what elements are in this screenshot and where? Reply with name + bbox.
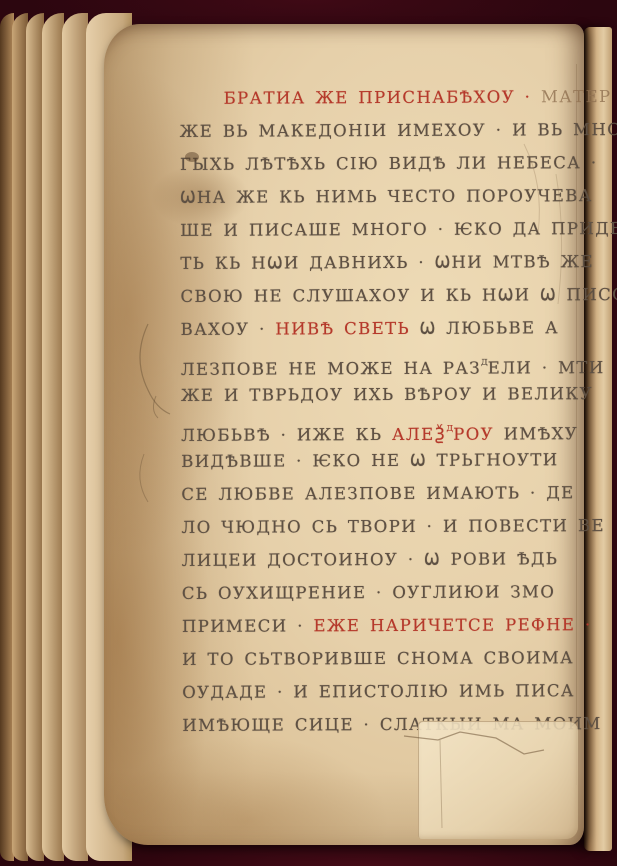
manuscript-line: ЛО ЧЮДНО СЬ ТВОРИ · И ПОВЕСТИ ВЕ xyxy=(181,509,587,544)
manuscript-line: ВАХОУ · НИВѢ СВЕТЬ Ѡ ЛЮБЬВЕ А xyxy=(181,311,587,346)
text-segment-ink: Ѡ ЛЮБЬВЕ А xyxy=(410,318,559,338)
text-segment-ink: ЛО ЧЮДНО СЬ ТВОРИ · И ПОВЕСТИ ВЕ xyxy=(181,516,604,537)
manuscript-line: И ТО СЬТВОРИВШЕ СНОМА СВОИМА xyxy=(182,641,588,676)
text-segment-ink: ГЫХЬ ЛѢТѢХЬ СІЮ ВИДѢ ЛИ НЕБЕСА · xyxy=(180,153,598,174)
text-segment-sup: д xyxy=(481,355,488,368)
manuscript-line: ШЕ И ПИСАШЕ МНОГО · ѤКО ДА ПРИДЕ xyxy=(180,212,586,247)
text-segment-ink: ИМѢХУ xyxy=(494,424,578,443)
manuscript-photo: БРАТИА ЖЕ ПРИСНАБѢХОУ · МАТЕРЖЕ ВЬ МАКЕД… xyxy=(0,0,617,866)
manuscript-text: БРАТИА ЖЕ ПРИСНАБѢХОУ · МАТЕРЖЕ ВЬ МАКЕД… xyxy=(180,80,589,742)
text-segment-ink: ЖЕ ВЬ МАКЕДОНІИ ИМЕХОУ · И ВЬ МНО xyxy=(180,120,617,141)
text-segment-ink: ОУДАДЕ · И ЕПИСТОЛІЮ ИМЬ ПИСА xyxy=(182,681,575,702)
manuscript-line: ЛЕЗПОВЕ НЕ МОЖЕ НА РАЗдЕЛИ · МТИ xyxy=(181,344,587,379)
manuscript-line: СВОЮ НЕ СЛУШАХОУ И КЬ НѠИ Ѡ ПИСО xyxy=(180,278,586,313)
text-segment-ink: ВАХОУ · xyxy=(181,319,276,338)
manuscript-page: БРАТИА ЖЕ ПРИСНАБѢХОУ · МАТЕРЖЕ ВЬ МАКЕД… xyxy=(104,24,584,845)
text-segment-ink: ЛЕЗПОВЕ НЕ МОЖЕ НА РАЗ xyxy=(181,359,481,379)
text-segment-ink: ПРИМЕСИ · xyxy=(182,616,314,636)
leaf-edge-stripe xyxy=(42,13,64,861)
manuscript-line: ОУДАДЕ · И ЕПИСТОЛІЮ ИМЬ ПИСА xyxy=(182,674,588,709)
text-segment-ink: ЛИЦЕИ ДОСТОИНОУ · Ѡ РОВИ ѢДЬ xyxy=(182,549,559,570)
text-segment-ink: ѠНА ЖЕ КЬ НИМЬ ЧЕСТО ПОРОУЧЕВА xyxy=(180,186,593,207)
text-segment-rubric: НИВѢ СВЕТЬ xyxy=(275,319,410,339)
text-segment-ink: ВИДѢВШЕ · ѤКО НЕ Ѡ ТРЬГНОУТИ xyxy=(181,450,558,471)
text-segment-ink: ЛЮБЬВѢ · ИЖЕ КЬ xyxy=(181,425,392,445)
manuscript-line: ЖЕ ВЬ МАКЕДОНІИ ИМЕХОУ · И ВЬ МНО xyxy=(180,113,586,148)
manuscript-line: ЖЕ И ТВРЬДОУ ИХЬ ВѢРОУ И ВЕЛИКУ xyxy=(181,377,587,412)
manuscript-line: ТЬ КЬ НѠИ ДАВНИХЬ · ѠНИ МТВѢ ЖЕ xyxy=(180,245,586,280)
text-segment-faint: МАТЕР xyxy=(531,87,611,106)
manuscript-line: БРАТИА ЖЕ ПРИСНАБѢХОУ · МАТЕР xyxy=(180,80,586,115)
text-segment-ink: ТЬ КЬ НѠИ ДАВНИХЬ · ѠНИ МТВѢ ЖЕ xyxy=(180,252,594,273)
manuscript-line: СЬ ОУХИЩРЕНИЕ · ОУГЛИЮИ ЗМО xyxy=(182,575,588,610)
text-segment-rubric: БРАТИА ЖЕ ПРИСНАБѢХОУ · xyxy=(224,87,532,107)
leaf-edge-stripe xyxy=(62,13,88,861)
text-segment-ink: СЕ ЛЮБВЕ АЛЕЗПОВЕ ИМАЮТЬ · ДЕ xyxy=(181,483,574,504)
manuscript-line: ЛИЦЕИ ДОСТОИНОУ · Ѡ РОВИ ѢДЬ xyxy=(182,542,588,577)
manuscript-line: ЛЮБЬВѢ · ИЖЕ КЬ АЛЕѮдРОУ ИМѢХУ xyxy=(181,410,587,445)
text-segment-rubric: РОУ xyxy=(453,425,494,444)
manuscript-line: СЕ ЛЮБВЕ АЛЕЗПОВЕ ИМАЮТЬ · ДЕ xyxy=(181,476,587,511)
text-segment-rubric: АЛЕѮ xyxy=(392,425,447,444)
text-segment-ink: СЬ ОУХИЩРЕНИЕ · ОУГЛИЮИ ЗМО xyxy=(182,582,556,603)
text-segment-ink: ШЕ И ПИСАШЕ МНОГО · ѤКО ДА ПРИДЕ xyxy=(180,219,617,240)
manuscript-line: ВИДѢВШЕ · ѤКО НЕ Ѡ ТРЬГНОУТИ xyxy=(181,443,587,478)
manuscript-line: ѠНА ЖЕ КЬ НИМЬ ЧЕСТО ПОРОУЧЕВА xyxy=(180,179,586,214)
text-segment-ink: СВОЮ НЕ СЛУШАХОУ И КЬ НѠИ Ѡ ПИСО xyxy=(180,285,617,306)
text-segment-ink: И ТО СЬТВОРИВШЕ СНОМА СВОИМА xyxy=(182,648,574,669)
repair-patch xyxy=(418,721,578,839)
text-segment-rubric: ЕЖЕ НАРИЧЕТСЕ РЕФНЕ · xyxy=(313,615,591,635)
manuscript-line: ПРИМЕСИ · ЕЖЕ НАРИЧЕТСЕ РЕФНЕ · xyxy=(182,608,588,643)
text-segment-ink: ЕЛИ · МТИ xyxy=(488,358,605,378)
text-segment-ink: ЖЕ И ТВРЬДОУ ИХЬ ВѢРОУ И ВЕЛИКУ xyxy=(181,384,593,405)
manuscript-line: ГЫХЬ ЛѢТѢХЬ СІЮ ВИДѢ ЛИ НЕБЕСА · xyxy=(180,146,586,181)
